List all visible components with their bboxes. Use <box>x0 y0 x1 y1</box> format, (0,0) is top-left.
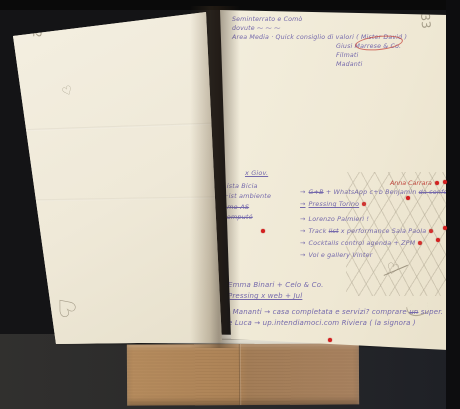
text-segment: Lista Bicia <box>223 182 258 190</box>
text-segment: Pressing x web + Jul <box>228 292 302 300</box>
page-number-32: 32 <box>30 23 43 37</box>
handwriting-line: Seminterrato e Comò <box>232 15 407 24</box>
corner-number-89: 89 <box>18 305 36 324</box>
text-segment: Filmati <box>336 52 358 59</box>
handwriting-line: omo-AS <box>223 202 271 213</box>
right-page: 14.11 Seminterrato e Comòdovute ⁓ ⁓ ⁓Are… <box>218 6 448 352</box>
kraft-paper-seam <box>239 344 241 405</box>
arrow-icon: → <box>300 200 306 208</box>
text-segment: +ist ambiente <box>223 192 271 200</box>
heart-doodle-icon: ♡ <box>60 82 76 99</box>
bottom-notes-block: Emma Binari + Celo & Co.Pressing x web +… <box>228 280 443 329</box>
text-segment: super. <box>418 308 443 316</box>
handwriting-line: +ist ambiente <box>223 191 271 202</box>
arrow-icon: → <box>300 239 306 247</box>
handwriting-line: Madanti <box>336 60 407 69</box>
text-segment: G+B <box>309 188 324 196</box>
handwriting-line: computé <box>223 212 271 223</box>
paper-crease <box>8 196 222 202</box>
side-list-heading: x Giov. <box>245 168 271 179</box>
page-number-33: 33 <box>418 13 433 29</box>
handwriting-line: I Mananti → casa completata e servizi? c… <box>228 307 443 318</box>
text-segment: omo-AS <box>223 203 249 211</box>
handwriting-line: Emma Binari + Celo & Co. <box>228 280 443 291</box>
text-segment: I Mananti → casa completata e servizi? c… <box>228 308 409 316</box>
red-dot-icon <box>328 338 332 342</box>
side-list-items: Lista Bicia+ist ambienteomo-AScomputé <box>223 181 271 223</box>
arrow-icon: → <box>300 188 306 196</box>
left-page: 32 ♡ ♡ 89 <box>8 8 222 346</box>
notebook-scan: 32 ♡ ♡ 89 14.11 Seminterrato e Comòdovut… <box>0 0 460 409</box>
scanner-top-band <box>0 0 460 10</box>
handwriting-line: e Luca → up.intendiamoci.com Riviera ( l… <box>228 318 443 329</box>
arrow-icon: → <box>300 251 306 259</box>
red-dot-icon <box>406 196 410 200</box>
text-segment: list <box>329 227 339 235</box>
heart-doodle-icon: ♡ <box>48 288 82 323</box>
side-list-block: x Giov. Lista Bicia+ist ambienteomo-ASco… <box>223 168 271 223</box>
text-segment: Track <box>309 227 329 235</box>
kraft-paper <box>127 343 359 405</box>
handwriting-line: Filmati <box>336 51 407 60</box>
handwriting-line: Lista Bicia <box>223 181 271 192</box>
text-segment: Seminterrato e Comò <box>232 16 302 23</box>
arrow-icon: → <box>300 215 306 223</box>
handwriting-line: Pressing x web + Jul <box>228 291 443 302</box>
red-dot-icon <box>261 229 265 233</box>
paper-crease <box>8 122 222 131</box>
red-dot-icon <box>436 238 440 242</box>
red-dot-icon <box>443 180 447 184</box>
text-segment: Emma Binari + Celo & Co. <box>228 281 324 289</box>
text-segment: e Luca → up.intendiamoci.com Riviera ( l… <box>228 319 416 327</box>
text-segment: Madanti <box>336 61 362 68</box>
text-segment: computé <box>223 213 253 221</box>
scanner-right-band <box>446 0 460 409</box>
handwriting-line: dovute ⁓ ⁓ ⁓ <box>232 24 407 33</box>
red-dot-icon <box>443 226 447 230</box>
arrow-icon: → <box>300 227 306 235</box>
text-segment: dovute ⁓ ⁓ ⁓ <box>232 25 281 32</box>
crosshatch-sketch <box>346 172 450 296</box>
